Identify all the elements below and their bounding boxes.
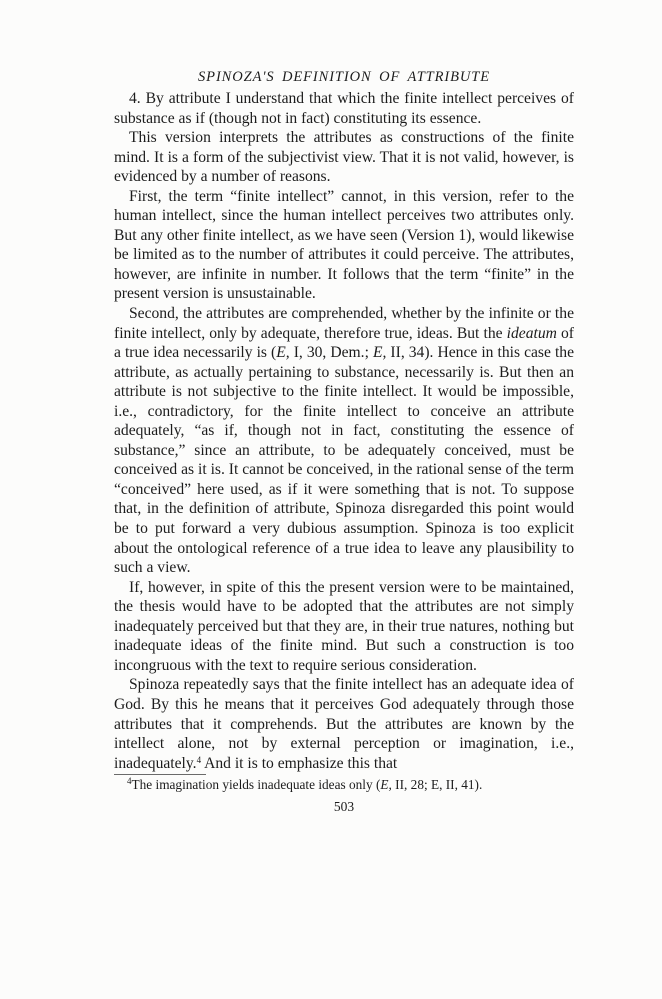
definition-paragraph: 4. By attribute I understand that which … (114, 89, 574, 128)
body-text: 4. By attribute I understand that which … (114, 89, 574, 773)
paragraph: First, the term “finite intellect” canno… (114, 187, 574, 304)
italic-term: ideatum (507, 325, 557, 342)
running-head: SPINOZA'S DEFINITION OF ATTRIBUTE (114, 66, 574, 88)
citation-ethics: E, (373, 344, 386, 361)
citation-ethics: E, (380, 777, 391, 792)
footnote-text: The imagination yields inadequate ideas … (132, 777, 381, 792)
paragraph: If, however, in spite of this the presen… (114, 578, 574, 676)
text-span: II, 34). Hence in this case the attribut… (114, 344, 574, 576)
paragraph: This version interprets the attributes a… (114, 128, 574, 187)
book-page: SPINOZA'S DEFINITION OF ATTRIBUTE 4. By … (114, 66, 574, 815)
footnote: 4The imagination yields inadequate ideas… (114, 775, 574, 793)
text-span: I, 30, Dem.; (290, 344, 373, 361)
paragraph: Second, the attributes are comprehended,… (114, 304, 574, 578)
text-span: And it is to emphasize this that (201, 755, 397, 772)
text-span: Second, the attributes are comprehended,… (114, 305, 574, 342)
page-number: 503 (114, 799, 574, 815)
footnote-text: II, 28; E, II, 41). (392, 777, 482, 792)
paragraph: Spinoza repeatedly says that the finite … (114, 675, 574, 773)
citation-ethics: E, (276, 344, 289, 361)
